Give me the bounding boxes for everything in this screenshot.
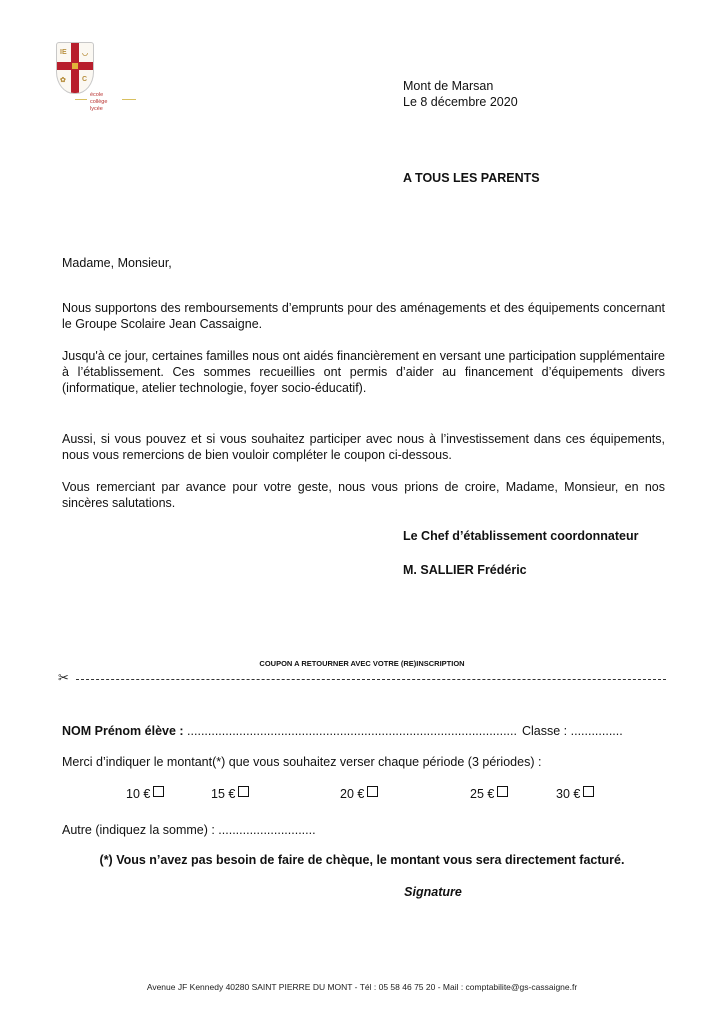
- footer-contact: Avenue JF Kennedy 40280 SAINT PIERRE DU …: [0, 982, 724, 992]
- paragraph-3: Aussi, si vous pouvez et si vous souhait…: [62, 431, 665, 463]
- city: Mont de Marsan: [403, 78, 493, 94]
- amount-label: 20 €: [340, 786, 364, 802]
- signatory-name: M. SALLIER Frédéric: [403, 562, 527, 578]
- dashed-divider: [76, 679, 666, 680]
- checkbox[interactable]: [497, 786, 508, 797]
- student-name-field[interactable]: NOM Prénom élève : .....................…: [62, 723, 517, 739]
- checkbox[interactable]: [238, 786, 249, 797]
- amount-option-25[interactable]: 25 €: [470, 786, 508, 802]
- other-amount-field[interactable]: Autre (indiquez la somme) : ............…: [62, 822, 316, 838]
- checkbox[interactable]: [153, 786, 164, 797]
- salutation: Madame, Monsieur,: [62, 255, 172, 271]
- amount-label: 25 €: [470, 786, 494, 802]
- checkbox[interactable]: [367, 786, 378, 797]
- amount-label: 15 €: [211, 786, 235, 802]
- amount-option-15[interactable]: 15 €: [211, 786, 249, 802]
- scissors-icon: ✂: [58, 670, 69, 686]
- amount-option-20[interactable]: 20 €: [340, 786, 378, 802]
- amount-label: 30 €: [556, 786, 580, 802]
- student-name-label: NOM Prénom élève :: [62, 724, 184, 738]
- billing-note: (*) Vous n’avez pas besoin de faire de c…: [0, 852, 724, 868]
- amount-option-10[interactable]: 10 €: [126, 786, 164, 802]
- signatory-title: Le Chef d’établissement coordonnateur: [403, 528, 638, 544]
- logo-text: école collège lycée: [90, 92, 107, 113]
- class-field[interactable]: Classe : ...............: [522, 723, 623, 739]
- coupon-title: COUPON A RETOURNER AVEC VOTRE (RE)INSCRI…: [0, 659, 724, 668]
- recipient-heading: A TOUS LES PARENTS: [403, 170, 540, 186]
- checkbox[interactable]: [583, 786, 594, 797]
- signature-label: Signature: [0, 884, 724, 900]
- school-logo: IE ◡ ✿ C école collège lycée: [56, 42, 146, 112]
- student-name-dots[interactable]: ........................................…: [184, 724, 517, 738]
- paragraph-2: Jusqu'à ce jour, certaines familles nous…: [62, 348, 665, 396]
- amount-option-30[interactable]: 30 €: [556, 786, 594, 802]
- date: Le 8 décembre 2020: [403, 94, 518, 110]
- cut-line: ✂: [58, 672, 666, 686]
- amount-instruction: Merci d’indiquer le montant(*) que vous …: [62, 754, 541, 770]
- school-crest-icon: IE ◡ ✿ C: [56, 42, 94, 94]
- paragraph-4: Vous remerciant par avance pour votre ge…: [62, 479, 665, 511]
- paragraph-1: Nous supportons des remboursements d’emp…: [62, 300, 665, 332]
- amount-label: 10 €: [126, 786, 150, 802]
